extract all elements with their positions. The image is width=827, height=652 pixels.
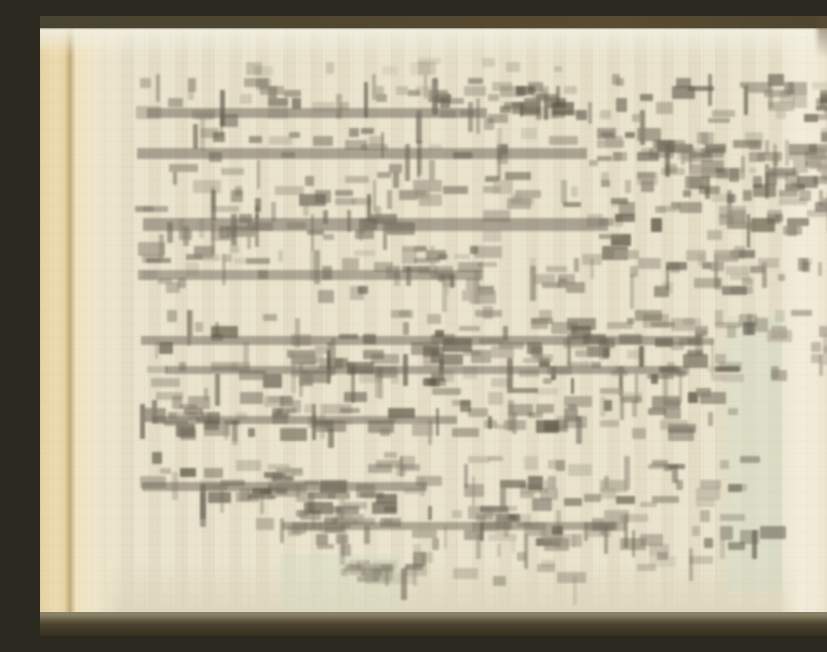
ink-mark (600, 388, 623, 394)
ink-mark (693, 148, 705, 157)
ink-mark (248, 494, 276, 499)
ink-mark (575, 350, 588, 357)
ink-mark (668, 464, 685, 469)
ink-mark (204, 424, 230, 436)
ink-mark (152, 416, 457, 424)
ink-mark (720, 514, 745, 521)
ink-mark (460, 400, 471, 412)
table-frame-top (40, 16, 827, 28)
ink-mark (188, 78, 194, 100)
ink-mark (288, 408, 296, 413)
ink-mark (742, 278, 753, 285)
ink-mark (611, 198, 628, 204)
ink-mark (537, 564, 555, 572)
ink-mark (556, 460, 565, 471)
ink-mark (769, 172, 788, 179)
ink-mark (582, 254, 602, 265)
ink-mark (464, 86, 486, 96)
ink-mark (821, 128, 827, 134)
staff-system (135, 306, 827, 380)
ink-mark (640, 94, 653, 101)
ink-mark (138, 270, 483, 280)
staff-system (132, 384, 772, 430)
ink-mark (317, 544, 334, 549)
ink-mark (695, 318, 701, 335)
ink-mark (336, 514, 344, 520)
ink-mark (452, 510, 462, 518)
ink-mark (816, 106, 827, 111)
ink-mark (468, 456, 490, 463)
ink-mark (269, 136, 292, 145)
ink-mark (354, 250, 375, 256)
ink-mark (391, 310, 413, 318)
ink-mark (368, 464, 392, 473)
ink-mark (462, 290, 470, 301)
ink-mark (708, 118, 730, 123)
ink-mark (531, 318, 548, 329)
ink-mark (649, 544, 669, 556)
ink-mark (564, 86, 577, 94)
ink-mark (688, 86, 714, 91)
ink-mark (332, 506, 341, 513)
ink-mark (276, 408, 283, 415)
ink-mark (656, 102, 673, 114)
table-frame-corner (817, 16, 827, 56)
ink-mark (666, 262, 687, 270)
ink-mark (704, 538, 713, 548)
ink-mark (536, 388, 558, 395)
ink-mark (143, 218, 608, 231)
ink-mark (532, 498, 552, 511)
ink-mark (791, 310, 812, 316)
ink-mark (208, 492, 231, 503)
ink-mark (771, 370, 787, 381)
manuscript-photo: Blurry low-resolution photograph of a pa… (40, 16, 827, 636)
ink-mark (482, 58, 495, 67)
ink-mark (632, 114, 641, 122)
ink-mark (551, 322, 578, 334)
ink-mark (506, 62, 520, 72)
ink-mark (453, 568, 478, 579)
staff-system (132, 452, 747, 496)
ink-mark (408, 90, 420, 96)
ink-mark (530, 266, 536, 301)
ink-mark (546, 266, 567, 272)
ink-mark (715, 366, 740, 372)
ink-mark (819, 354, 823, 376)
ink-mark (146, 258, 171, 263)
ink-mark (418, 58, 441, 64)
ink-mark (534, 274, 555, 284)
ink-mark (141, 336, 701, 345)
staff-systems-layer (40, 28, 827, 620)
ink-mark (615, 214, 635, 222)
ink-mark (459, 326, 480, 331)
ink-mark (681, 152, 685, 165)
ink-mark (496, 530, 507, 535)
ink-mark (714, 250, 739, 262)
ink-mark (240, 94, 252, 104)
ink-mark (627, 318, 634, 324)
ink-mark (137, 148, 587, 159)
ink-mark (749, 140, 762, 150)
ink-mark (728, 408, 738, 415)
ink-mark (222, 254, 232, 262)
ink-mark (512, 388, 538, 393)
ink-mark (342, 258, 359, 270)
ink-mark (304, 502, 333, 514)
ink-mark (488, 456, 503, 461)
ink-mark (165, 366, 665, 374)
ink-mark (403, 322, 409, 335)
ink-mark (484, 420, 497, 428)
ink-mark (295, 354, 323, 362)
ink-mark (414, 246, 426, 252)
ink-mark (231, 190, 243, 202)
ink-mark (384, 506, 397, 512)
ink-mark (421, 552, 433, 563)
table-frame-bottom (40, 612, 827, 636)
ink-mark (470, 246, 478, 254)
ink-mark (584, 494, 601, 502)
ink-mark (323, 234, 334, 240)
ink-mark (787, 218, 809, 226)
ink-mark (597, 140, 624, 148)
ink-mark (296, 510, 308, 517)
ink-mark (630, 266, 638, 277)
ink-mark (156, 74, 160, 102)
ink-mark (230, 246, 239, 253)
ink-mark (816, 114, 827, 120)
staff-system (135, 182, 827, 236)
ink-mark (505, 172, 531, 180)
ink-mark (204, 468, 223, 478)
ink-mark (172, 396, 182, 409)
ink-mark (236, 460, 261, 471)
ink-mark (576, 416, 582, 444)
ink-mark (521, 128, 537, 139)
ink-mark (193, 124, 198, 149)
ink-mark (389, 164, 402, 173)
ink-mark (381, 564, 392, 571)
ink-mark (823, 334, 827, 365)
ink-mark (365, 572, 389, 584)
ink-mark (648, 408, 666, 415)
ink-mark (805, 152, 827, 159)
ink-mark (637, 564, 656, 571)
ink-mark (625, 132, 635, 138)
ink-mark (483, 306, 493, 319)
ink-mark (464, 464, 468, 488)
ink-mark (488, 94, 499, 101)
ink-mark (720, 538, 725, 559)
ink-mark (202, 254, 220, 261)
ink-mark (698, 254, 706, 266)
ink-mark (484, 506, 503, 517)
ink-mark (427, 314, 441, 324)
ink-mark (715, 354, 726, 364)
ink-mark (727, 222, 755, 229)
ink-mark (566, 282, 585, 293)
ink-mark (344, 392, 367, 402)
ink-mark (792, 94, 807, 108)
ink-mark (143, 206, 168, 212)
ink-mark (707, 230, 722, 240)
ink-mark (454, 254, 470, 259)
ink-mark (328, 428, 334, 448)
ink-mark (601, 132, 614, 137)
ink-mark (743, 322, 755, 335)
ink-mark (361, 128, 374, 134)
ink-mark (652, 460, 668, 466)
ink-mark (142, 482, 427, 491)
ink-mark (588, 102, 592, 124)
ink-mark (429, 160, 435, 181)
ink-mark (335, 190, 353, 196)
ink-mark (167, 310, 177, 322)
ink-mark (152, 452, 162, 464)
staff-system (125, 124, 827, 182)
ink-mark (140, 78, 151, 88)
ink-mark (256, 518, 274, 530)
ink-mark (600, 480, 627, 492)
ink-mark (775, 310, 785, 322)
ink-mark (757, 152, 782, 161)
staff-system (240, 494, 760, 542)
ink-mark (413, 556, 417, 586)
ink-mark (243, 342, 249, 369)
ink-mark (493, 576, 506, 586)
ink-mark (326, 62, 334, 74)
ink-mark (776, 110, 786, 119)
ink-mark (213, 132, 225, 142)
ink-mark (659, 206, 678, 212)
ink-mark (195, 322, 203, 332)
ink-mark (600, 110, 611, 119)
ink-mark (234, 258, 257, 264)
ink-mark (727, 194, 735, 203)
ink-mark (657, 140, 675, 152)
ink-mark (138, 242, 165, 256)
ink-mark (407, 190, 430, 199)
ink-mark (396, 86, 408, 95)
ink-mark (557, 572, 586, 583)
ink-mark (483, 186, 501, 193)
ink-mark (651, 322, 675, 327)
ink-mark (692, 526, 700, 536)
ink-mark (750, 266, 765, 273)
ink-mark (779, 190, 798, 197)
ink-mark (620, 396, 624, 420)
ink-mark (614, 250, 639, 259)
ink-mark (741, 156, 745, 173)
ink-mark (168, 98, 183, 107)
ink-mark (728, 542, 745, 550)
ink-mark (616, 78, 624, 86)
ink-mark (184, 408, 203, 415)
ink-mark (244, 78, 268, 87)
ink-mark (683, 354, 708, 368)
ink-mark (802, 262, 810, 272)
ink-mark (549, 136, 578, 145)
ink-mark (280, 428, 307, 441)
ink-mark (376, 86, 384, 100)
ink-mark (639, 346, 644, 367)
ink-mark (448, 98, 464, 104)
ink-mark (401, 568, 407, 600)
ink-mark (318, 290, 334, 303)
ink-mark (632, 428, 646, 439)
ink-mark (715, 322, 740, 328)
ink-mark (524, 456, 538, 470)
ink-mark (749, 168, 756, 173)
ink-mark (689, 164, 715, 175)
ink-mark (358, 286, 368, 294)
ink-mark (497, 544, 501, 557)
ink-mark (712, 110, 735, 117)
ink-mark (700, 480, 721, 489)
ink-mark (722, 286, 747, 295)
ink-mark (340, 408, 360, 413)
ink-mark (349, 128, 359, 137)
ink-mark (355, 230, 374, 239)
ink-mark (468, 408, 488, 417)
ink-mark (384, 452, 397, 458)
ink-mark (683, 190, 691, 197)
ink-mark (779, 198, 807, 205)
ink-mark (240, 392, 263, 404)
ink-mark (768, 78, 773, 108)
ink-mark (349, 564, 366, 575)
ink-mark (599, 234, 622, 239)
ink-mark (809, 144, 827, 152)
ink-mark (699, 186, 720, 194)
ink-mark (524, 98, 540, 108)
ink-mark (313, 136, 333, 146)
ink-mark (740, 456, 760, 463)
ink-mark (708, 412, 713, 426)
ink-mark (696, 498, 715, 507)
ink-mark (284, 90, 301, 97)
ink-mark (700, 510, 710, 522)
ink-mark (771, 326, 787, 339)
ink-mark (651, 218, 662, 232)
ink-mark (432, 388, 461, 395)
ink-mark (820, 90, 827, 103)
ink-mark (452, 428, 479, 437)
ink-mark (723, 374, 744, 382)
ink-mark (760, 526, 786, 539)
ink-mark (500, 480, 526, 488)
ink-mark (248, 428, 255, 437)
ink-mark (414, 258, 440, 263)
ink-mark (665, 152, 670, 177)
ink-mark (744, 86, 748, 115)
ink-mark (666, 266, 669, 290)
ink-mark (696, 388, 711, 397)
ink-mark (315, 346, 327, 354)
ink-mark (773, 152, 778, 166)
ink-mark (303, 198, 309, 216)
ink-mark (548, 476, 556, 489)
ink-mark (443, 186, 468, 194)
staff-system (132, 74, 827, 120)
ink-mark (679, 202, 702, 213)
ink-mark (468, 78, 483, 84)
ink-mark (471, 350, 491, 363)
ink-mark (424, 74, 427, 99)
ink-mark (604, 400, 612, 411)
ink-mark (811, 342, 821, 352)
staff-system (130, 242, 820, 290)
ink-mark (564, 498, 582, 506)
ink-mark (720, 460, 729, 469)
ink-mark (278, 250, 283, 262)
ink-mark (483, 230, 501, 242)
ink-mark (304, 404, 316, 413)
ink-mark (540, 86, 549, 99)
ink-mark (778, 274, 785, 281)
ink-mark (767, 210, 782, 218)
ink-mark (616, 98, 627, 112)
ink-mark (363, 350, 384, 359)
staff-system (190, 54, 620, 70)
ink-mark (600, 420, 619, 427)
ink-mark (823, 202, 827, 211)
ink-mark (512, 412, 517, 434)
staff-system (305, 540, 705, 578)
ink-mark (613, 152, 627, 161)
ink-mark (387, 190, 392, 209)
ink-mark (818, 262, 822, 276)
ink-mark (169, 164, 198, 172)
ink-mark (563, 202, 581, 207)
ink-mark (249, 136, 262, 143)
ink-mark (571, 186, 578, 197)
ink-mark (743, 190, 752, 201)
ink-mark (474, 246, 502, 258)
ink-mark (396, 464, 406, 476)
ink-mark (282, 522, 617, 530)
ink-mark (574, 258, 579, 272)
ink-mark (664, 408, 681, 419)
ink-mark (791, 182, 798, 187)
ink-mark (635, 310, 662, 321)
ink-mark (180, 468, 196, 477)
ink-mark (515, 190, 541, 198)
ink-mark (638, 258, 661, 269)
ink-mark (812, 82, 827, 89)
ink-mark (689, 556, 713, 564)
ink-mark (536, 420, 559, 433)
ink-mark (517, 552, 526, 561)
ink-mark (377, 172, 391, 178)
ink-mark (729, 168, 739, 182)
ink-mark (268, 98, 288, 106)
ink-mark (597, 156, 612, 161)
ink-mark (405, 564, 423, 570)
ink-mark (676, 480, 683, 490)
ink-mark (528, 412, 543, 418)
ink-mark (439, 354, 463, 365)
ink-mark (428, 506, 432, 520)
ink-mark (787, 226, 797, 236)
ink-mark (568, 464, 592, 476)
ink-mark (504, 102, 525, 109)
ink-mark (554, 66, 562, 72)
ink-mark (507, 198, 531, 209)
ink-mark (630, 274, 634, 309)
